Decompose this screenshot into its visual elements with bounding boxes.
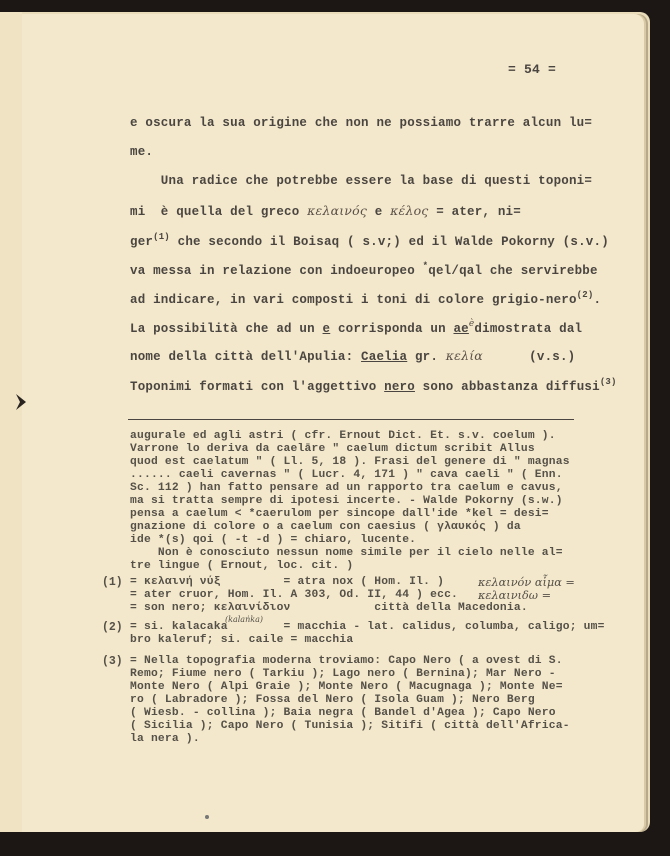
footnote-line: = Nella topografia moderna troviamo: Cap…: [130, 655, 563, 668]
handwritten-annotation: (kalaṅka): [225, 613, 263, 626]
footnote-continuation-line: pensa a caelum < *caerulom per sincope d…: [130, 508, 549, 521]
handwritten-greek: κέλος: [390, 203, 428, 218]
body-line-3: Una radice che potrebbe essere la base d…: [130, 174, 600, 188]
handwritten-annotation: κελαινιδω =: [478, 589, 551, 602]
facing-page-edge: [0, 12, 23, 832]
line-text: ad indicare, in vari composti i toni di …: [130, 293, 577, 307]
body-line-9: nome della città dell'Apulia: Caelia gr.…: [130, 348, 600, 364]
line-text: e: [367, 205, 390, 219]
footnote-continuation-line: ma si tratta sempre di ipotesi incerte. …: [130, 495, 563, 508]
line-text: gr.: [407, 350, 446, 364]
line-text: mi è quella del greco: [130, 205, 299, 219]
footnote-continuation-line: gnazione di colore o a caelum con caesiu…: [130, 521, 521, 534]
page-number: = 54 =: [508, 62, 556, 77]
footnote-number: (2): [102, 621, 123, 634]
body-line-6: va messa in relazione con indoeuropeo *q…: [130, 261, 600, 278]
footnote-ref: (2): [577, 290, 594, 300]
body-line-10: Toponimi formati con l'aggettivo nero so…: [130, 377, 600, 394]
line-text: che servirebbe: [482, 264, 598, 278]
handwritten-greek: κελαινός: [307, 203, 367, 218]
footnote-divider: [128, 419, 574, 420]
footnote-line: ro ( Labradore ); Fossa del Nero ( Isola…: [130, 694, 535, 707]
footnote-number: (3): [102, 655, 123, 668]
line-text: sono abbastanza diffusi: [415, 380, 600, 394]
footnote-line: = κελαινή νύξ = atra nox ( Hom. Il. ): [130, 576, 444, 589]
footnote-line: ( Sicilia ); Capo Nero ( Tunisia ); Siti…: [130, 720, 570, 733]
root-form: qel/qal: [428, 264, 482, 278]
body-line-8: La possibilità che ad un e corrisponda u…: [130, 319, 600, 336]
footnote-line: Monte Nero ( Alpi Graie ); Monte Nero ( …: [130, 681, 563, 694]
underlined-word: nero: [384, 380, 415, 394]
handwritten-annotation: κελαινόν αἷμα =: [478, 576, 575, 589]
footnote-continuation-line: Non è conosciuto nessun nome simile per …: [130, 547, 563, 560]
footnote-continuation-line: ide *(s) qoi ( -t -d ) = chiaro, lucente…: [130, 534, 416, 547]
line-text: .: [593, 293, 601, 307]
footnote-line: = son nero; κελαινίδιον città della Mace…: [130, 602, 528, 615]
body-line-4: mi è quella del greco κελαινός e κέλος =…: [130, 203, 600, 219]
footnote-continuation-line: tre lingue ( Ernout, loc. cit. ): [130, 560, 353, 573]
footnote-line: ( Wiesb. - collina ); Baia negra ( Bande…: [130, 707, 556, 720]
line-text: Toponimi formati con l'aggettivo: [130, 380, 376, 394]
line-text: dimostrata dal: [474, 322, 582, 336]
line-text: (v.s.): [483, 350, 575, 364]
body-line-5: ger(1) che secondo il Boisaq ( s.v;) ed …: [130, 232, 600, 249]
underlined-word: ae: [453, 322, 468, 336]
line-text: nome della città dell'Apulia:: [130, 350, 353, 364]
paper-speck: [205, 815, 209, 819]
footnote-continuation-line: Varrone lo deriva da caelāre " caelum di…: [130, 443, 535, 456]
body-line-2: me.: [130, 145, 600, 159]
line-text: La possibilità che ad un: [130, 322, 315, 336]
line-text: = ater, ni=: [429, 205, 521, 219]
footnote-line: Remo; Fiume nero ( Tarkiu ); Lago nero (…: [130, 668, 556, 681]
line-text: corrisponda un: [330, 322, 453, 336]
footnote-ref: (1): [153, 232, 170, 242]
footnote-continuation-line: Sc. 112 ) han fatto pensare ad un rappor…: [130, 482, 563, 495]
footnote-continuation-line: ...... caeli cavernas " ( Lucr. 4, 171 )…: [130, 469, 563, 482]
footnote-continuation-line: augurale ed agli astri ( cfr. Ernout Dic…: [130, 430, 556, 443]
footnote-line: bro kaleruf; si. caile = macchia: [130, 634, 353, 647]
line-text: ger: [130, 235, 153, 249]
handwritten-greek: κελία: [446, 348, 483, 363]
body-line-7: ad indicare, in vari composti i toni di …: [130, 290, 600, 307]
footnote-line: = ater cruor, Hom. Il. A 303, Od. II, 44…: [130, 589, 458, 602]
underlined-word: Caelia: [361, 350, 407, 364]
footnote-number: (1): [102, 576, 123, 589]
footnote-ref: (3): [600, 377, 617, 387]
body-line-1: e oscura la sua origine che non ne possi…: [130, 116, 600, 130]
line-text: va messa in relazione con indoeuropeo: [130, 264, 415, 278]
line-text: che secondo il Boisaq ( s.v;) ed il Wald…: [170, 235, 609, 249]
footnote-line: la nera ).: [130, 733, 200, 746]
footnote-continuation-line: quod est caelatum " ( Ll. 5, 18 ). Frasi…: [130, 456, 570, 469]
footnote-line: = si. kalacaka = macchia - lat. calidus,…: [130, 621, 605, 634]
